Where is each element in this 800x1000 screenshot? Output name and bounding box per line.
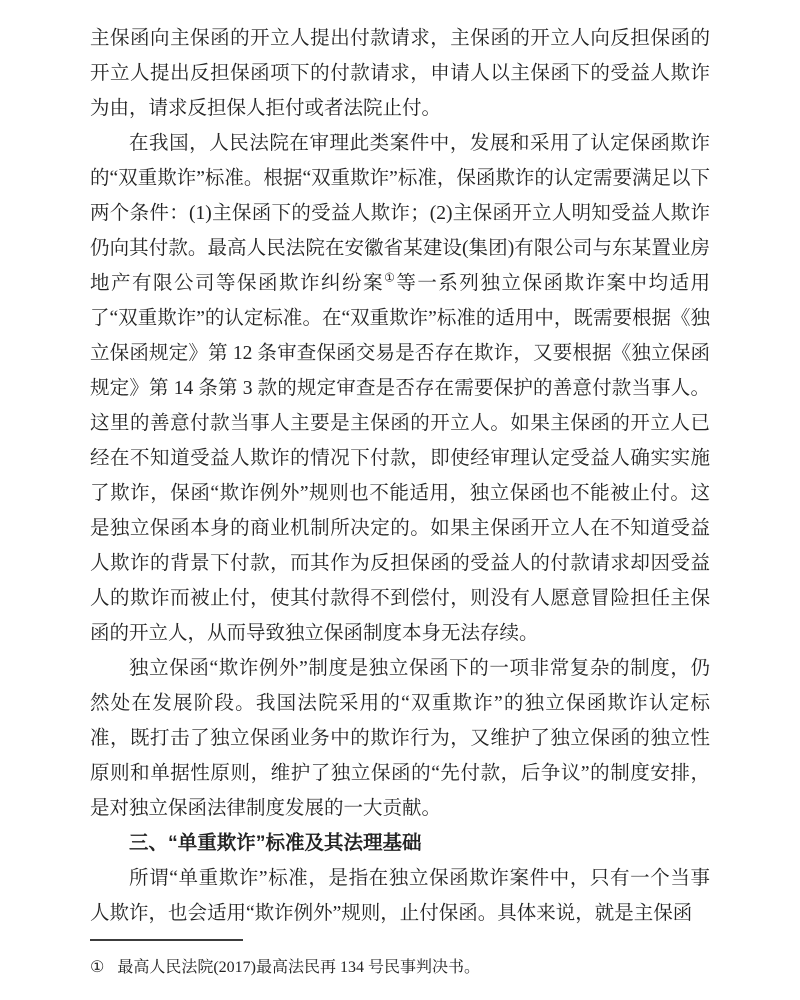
footnote-area: ①最高人民法院(2017)最高法民再 134 号民事判决书。 (90, 939, 710, 980)
body-text: 主保函向主保函的开立人提出付款请求，主保函的开立人向反担保函的开立人提出反担保函… (90, 21, 710, 931)
paragraph: 主保函向主保函的开立人提出付款请求，主保函的开立人向反担保函的开立人提出反担保函… (90, 21, 710, 126)
section-heading: 三、“单重欺诈”标准及其法理基础 (90, 826, 710, 861)
text-run: 独立保函“欺诈例外”制度是独立保函下的一项非常复杂的制度，仍然处在发展阶段。我国… (90, 658, 710, 819)
text-run: 在我国，人民法院在审理此类案件中，发展和采用了认定保函欺诈的“双重欺诈”标准。根… (90, 133, 710, 294)
paragraph: 所谓“单重欺诈”标准，是指在独立保函欺诈案件中，只有一个当事人欺诈，也会适用“欺… (90, 861, 710, 931)
footnote-divider (90, 939, 243, 941)
text-run: 主保函向主保函的开立人提出付款请求，主保函的开立人向反担保函的开立人提出反担保函… (90, 28, 710, 119)
footnote-ref-marker: ① (384, 271, 396, 285)
footnote: ①最高人民法院(2017)最高法民再 134 号民事判决书。 (90, 956, 710, 980)
footnote-text: 最高人民法院(2017)最高法民再 134 号民事判决书。 (117, 959, 480, 976)
footnote-marker: ① (90, 956, 104, 980)
paragraph: 独立保函“欺诈例外”制度是独立保函下的一项非常复杂的制度，仍然处在发展阶段。我国… (90, 651, 710, 826)
paragraph: 在我国，人民法院在审理此类案件中，发展和采用了认定保函欺诈的“双重欺诈”标准。根… (90, 126, 710, 651)
text-run: 所谓“单重欺诈”标准，是指在独立保函欺诈案件中，只有一个当事人欺诈，也会适用“欺… (90, 868, 710, 924)
document-page: 主保函向主保函的开立人提出付款请求，主保函的开立人向反担保函的开立人提出反担保函… (0, 0, 800, 1000)
text-run: 等一系列独立保函欺诈案中均适用了“双重欺诈”的认定标准。在“双重欺诈”标准的适用… (90, 273, 710, 644)
text-run: 三、“单重欺诈”标准及其法理基础 (129, 832, 422, 854)
